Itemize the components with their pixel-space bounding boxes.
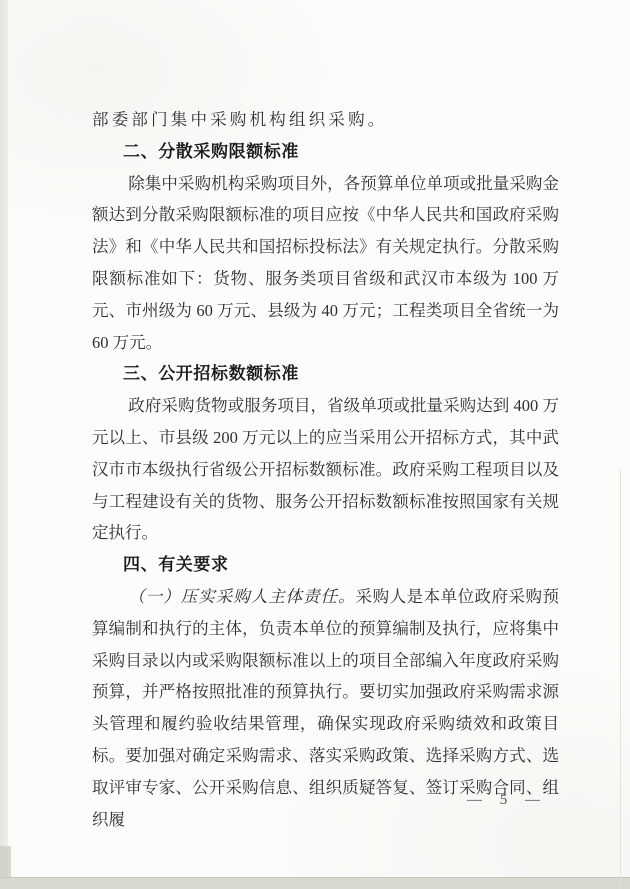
scan-edge-left — [0, 0, 8, 889]
section-heading-2: 二、分散采购限额标准 — [123, 136, 559, 168]
section-2-paragraph: 除集中采购机构采购项目外，各预算单位单项或批量采购金额达到分散采购限额标准的项目… — [92, 168, 559, 359]
page-number: — 5 — — [467, 790, 545, 810]
clause-1-lead: （一）压实采购人主体责任。 — [128, 587, 355, 606]
section-3-paragraph: 政府采购货物或服务项目，省级单项或批量采购达到 400 万元以上、市县级 200… — [92, 390, 559, 549]
continuation-line: 部委部门集中采购机构组织采购。 — [92, 104, 559, 136]
section-heading-3: 三、公开招标数额标准 — [123, 358, 559, 390]
scanned-document-page: 部委部门集中采购机构组织采购。 二、分散采购限额标准 除集中采购机构采购项目外，… — [0, 0, 630, 889]
scan-edge-bottom — [0, 877, 630, 889]
scan-edge-right-line — [620, 470, 621, 889]
section-heading-4: 四、有关要求 — [123, 549, 559, 581]
document-text-block: 部委部门集中采购机构组织采购。 二、分散采购限额标准 除集中采购机构采购项目外，… — [92, 104, 559, 835]
